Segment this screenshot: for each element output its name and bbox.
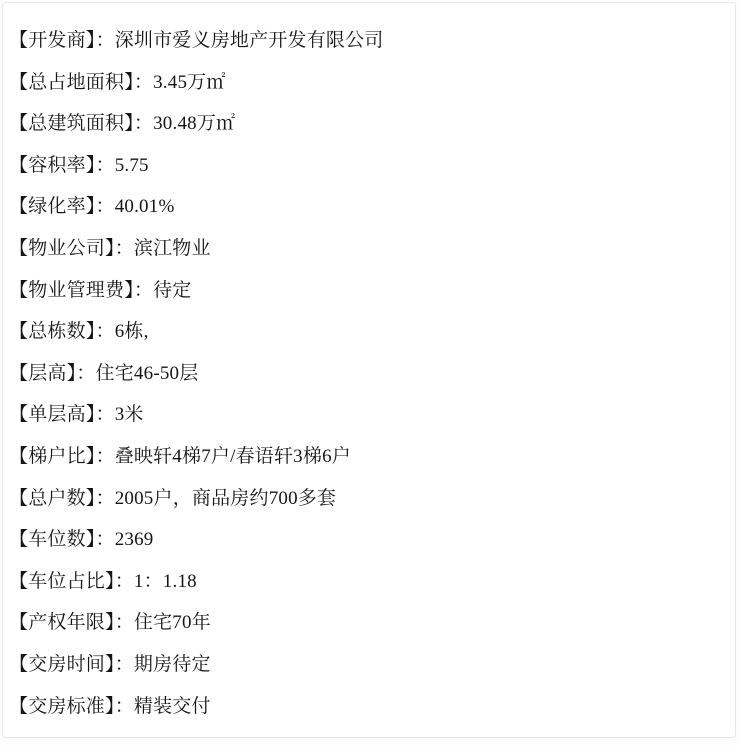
property-row: 【交房标准】：精装交付 <box>9 686 725 728</box>
property-row: 【交房时间】：期房待定 <box>9 644 725 686</box>
row-label: 【总栋数】： <box>9 321 115 342</box>
row-label: 【交房时间】： <box>9 654 134 675</box>
property-row: 【单层高】：3米 <box>9 394 725 436</box>
row-label: 【交房标准】： <box>9 696 134 717</box>
row-value: 2369 <box>115 529 154 550</box>
row-value: 30.48万㎡ <box>153 113 235 134</box>
row-label: 【产权年限】： <box>9 612 134 633</box>
row-label: 【物业管理费】： <box>9 280 153 301</box>
row-value: 3.45万㎡ <box>153 72 225 93</box>
property-row: 【总栋数】：6栋, <box>9 311 725 353</box>
property-row: 【容积率】：5.75 <box>9 145 725 187</box>
row-value: 3米 <box>115 404 144 425</box>
row-value: 住宅70年 <box>134 612 211 633</box>
row-label: 【梯户比】： <box>9 446 115 467</box>
property-row: 【绿化率】：40.01% <box>9 186 725 228</box>
property-info-card: 【开发商】：深圳市爱义房地产开发有限公司 【总占地面积】：3.45万㎡ 【总建筑… <box>2 2 736 738</box>
row-label: 【车位占比】： <box>9 571 134 592</box>
row-label: 【物业公司】： <box>9 238 134 259</box>
row-value: 期房待定 <box>134 654 211 675</box>
property-row: 【物业公司】：滨江物业 <box>9 228 725 270</box>
page: 【开发商】：深圳市爱义房地产开发有限公司 【总占地面积】：3.45万㎡ 【总建筑… <box>0 0 740 745</box>
row-value: 滨江物业 <box>134 238 211 259</box>
property-row: 【总建筑面积】：30.48万㎡ <box>9 103 725 145</box>
row-label: 【容积率】： <box>9 155 115 176</box>
row-label: 【总占地面积】： <box>9 72 153 93</box>
property-row: 【总占地面积】：3.45万㎡ <box>9 62 725 104</box>
row-value: 6栋, <box>115 321 149 342</box>
row-value: 5.75 <box>115 155 149 176</box>
row-value: 40.01% <box>115 196 175 217</box>
row-value: 待定 <box>153 280 191 301</box>
row-value: 深圳市爱义房地产开发有限公司 <box>115 30 384 51</box>
row-label: 【车位数】： <box>9 529 115 550</box>
row-label: 【开发商】： <box>9 30 115 51</box>
property-row: 【物业管理费】：待定 <box>9 270 725 312</box>
row-value: 1：1.18 <box>134 571 197 592</box>
property-row: 【产权年限】：住宅70年 <box>9 602 725 644</box>
property-row: 【车位数】：2369 <box>9 519 725 561</box>
row-label: 【总建筑面积】： <box>9 113 153 134</box>
row-value: 住宅46-50层 <box>96 363 199 384</box>
property-row: 【开发商】：深圳市爱义房地产开发有限公司 <box>9 20 725 62</box>
property-row: 【车位占比】：1：1.18 <box>9 561 725 603</box>
property-row: 【总户数】：2005户，商品房约700多套 <box>9 478 725 520</box>
row-value: 精装交付 <box>134 696 211 717</box>
property-info-list: 【开发商】：深圳市爱义房地产开发有限公司 【总占地面积】：3.45万㎡ 【总建筑… <box>9 20 725 727</box>
property-row: 【层高】：住宅46-50层 <box>9 353 725 395</box>
row-label: 【单层高】： <box>9 404 115 425</box>
row-value: 叠映轩4梯7户/春语轩3梯6户 <box>115 446 351 467</box>
row-label: 【总户数】： <box>9 488 115 509</box>
row-value: 2005户，商品房约700多套 <box>115 488 337 509</box>
property-row: 【梯户比】：叠映轩4梯7户/春语轩3梯6户 <box>9 436 725 478</box>
row-label: 【层高】： <box>9 363 96 384</box>
row-label: 【绿化率】： <box>9 196 115 217</box>
